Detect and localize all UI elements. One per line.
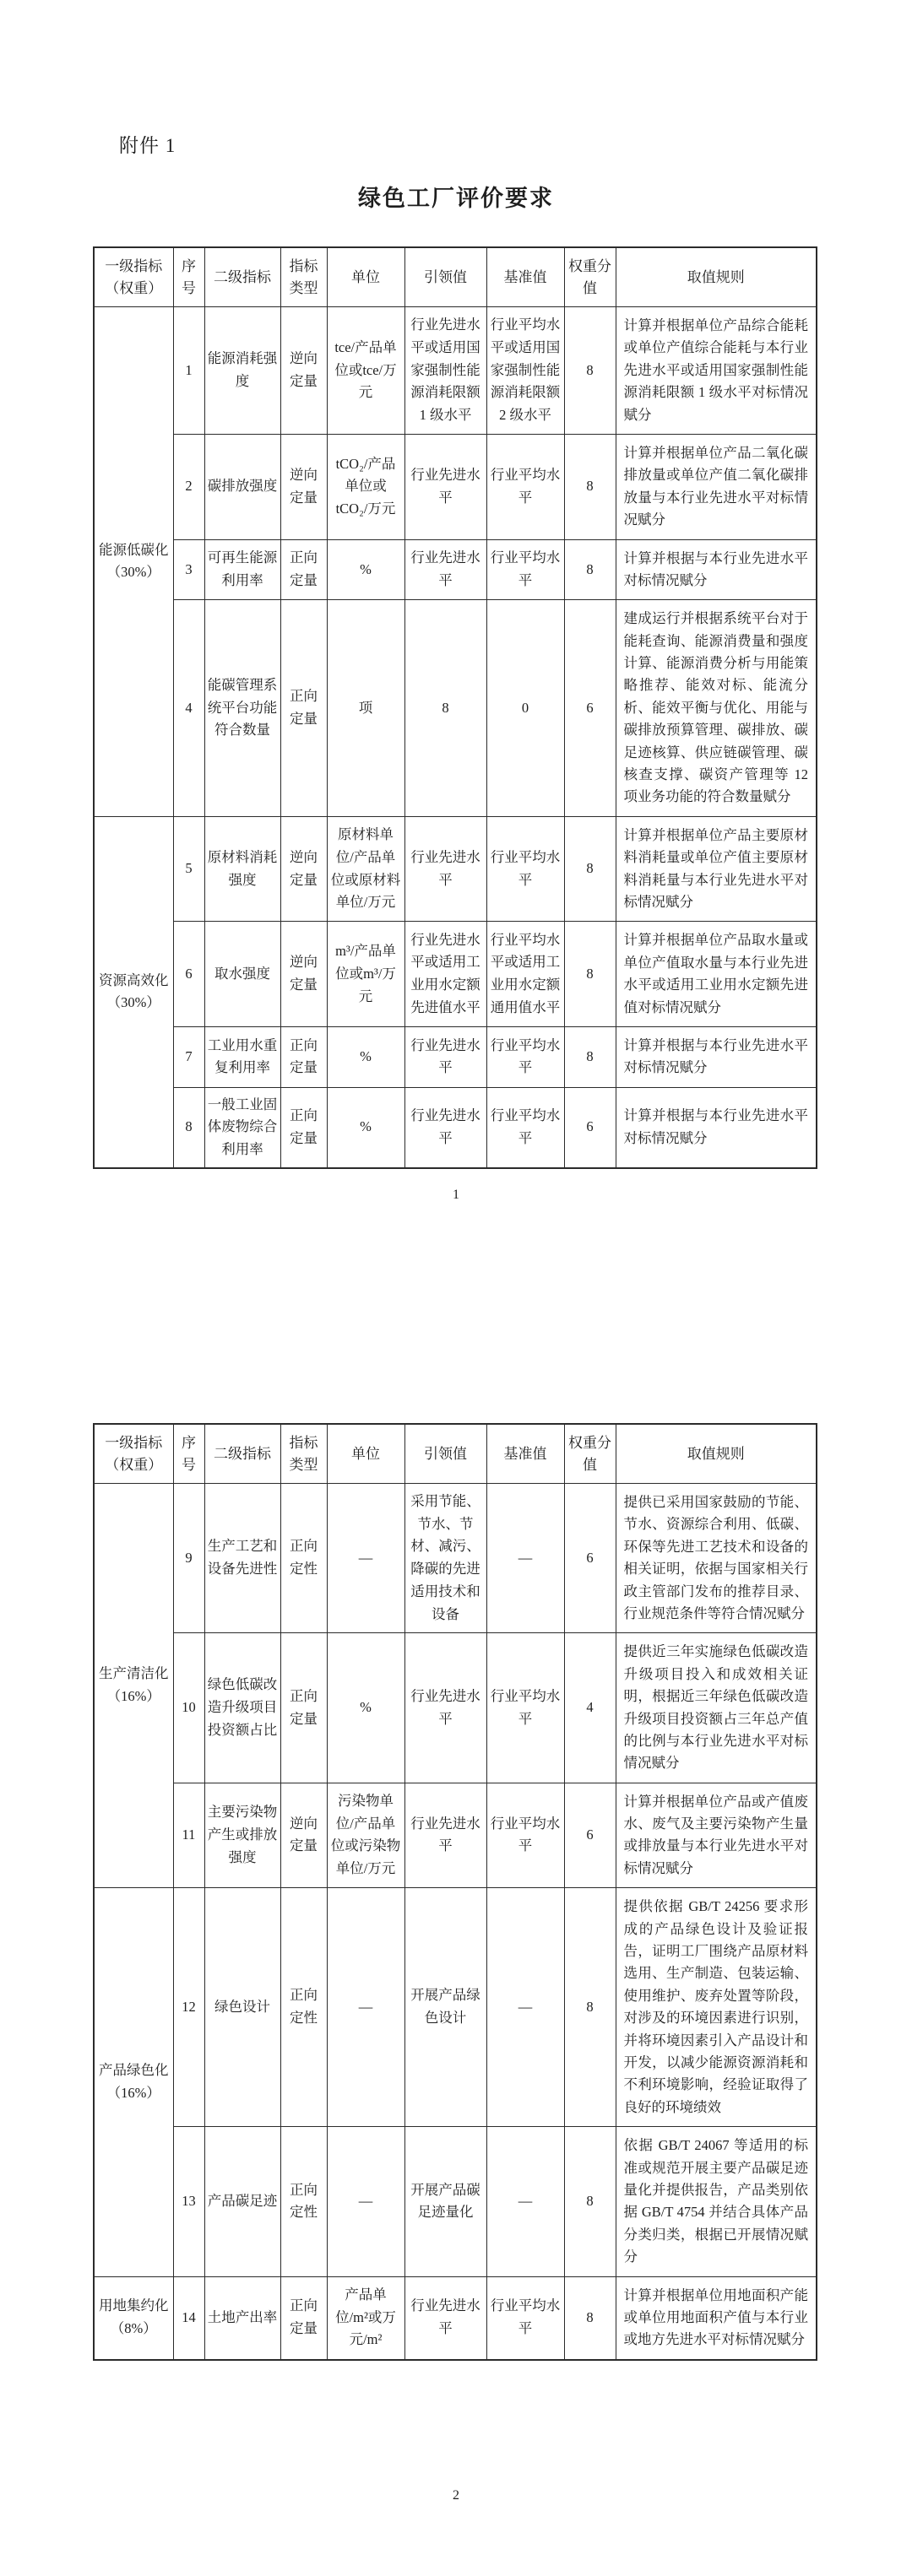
column-header: 权重分值	[564, 1424, 616, 1484]
indicator-type-cell: 正向定性	[280, 2127, 327, 2276]
primary-indicator-cell: 生产清洁化（16%）	[94, 1484, 173, 1888]
indicator-type-cell: 逆向定量	[280, 307, 327, 435]
table-row: 2碳排放强度逆向定量tCO₂/产品单位或tCO₂/万元行业先进水平行业平均水平8…	[94, 434, 817, 539]
baseline-value-cell: —	[486, 2127, 564, 2276]
leading-value-cell: 行业先进水平或适用工业用水定额先进值水平	[404, 922, 486, 1027]
leading-value-cell: 8	[404, 600, 486, 817]
row-number-cell: 9	[173, 1484, 204, 1633]
row-number-cell: 12	[173, 1888, 204, 2127]
baseline-value-cell: 行业平均水平或适用工业用水定额通用值水平	[486, 922, 564, 1027]
row-number-cell: 2	[173, 434, 204, 539]
leading-value-cell: 行业先进水平	[404, 539, 486, 600]
scoring-rule-cell: 计算并根据单位用地面积产能或单位用地面积产值与本行业或地方先进水平对标情况赋分	[616, 2276, 817, 2360]
evaluation-table-page-2-wrap: 一级指标（权重）序号二级指标指标类型单位引领值基准值权重分值取值规则生产清洁化（…	[93, 1423, 816, 2361]
indicator-type-cell: 正向定性	[280, 1888, 327, 2127]
baseline-value-cell: 行业平均水平	[486, 1633, 564, 1783]
scoring-rule-cell: 提供依据 GB/T 24256 要求形成的产品绿色设计及验证报告，证明工厂围绕产…	[616, 1888, 817, 2127]
column-header: 一级指标（权重）	[94, 247, 173, 307]
row-number-cell: 10	[173, 1633, 204, 1783]
weight-score-cell: 8	[564, 307, 616, 435]
row-number-cell: 11	[173, 1783, 204, 1888]
indicator-type-cell: 正向定量	[280, 1026, 327, 1087]
secondary-indicator-cell: 可再生能源利用率	[204, 539, 280, 600]
unit-cell: m³/产品单位或m³/万元	[327, 922, 404, 1027]
row-number-cell: 8	[173, 1087, 204, 1168]
weight-score-cell: 8	[564, 2127, 616, 2276]
evaluation-table-page-1: 一级指标（权重）序号二级指标指标类型单位引领值基准值权重分值取值规则能源低碳化（…	[93, 246, 817, 1169]
table-row: 7工业用水重复利用率正向定量%行业先进水平行业平均水平8计算并根据与本行业先进水…	[94, 1026, 817, 1087]
column-header: 引领值	[404, 1424, 486, 1484]
weight-score-cell: 6	[564, 1484, 616, 1633]
unit-cell: %	[327, 1633, 404, 1783]
leading-value-cell: 行业先进水平	[404, 1783, 486, 1888]
baseline-value-cell: 行业平均水平或适用国家强制性能源消耗限额 2 级水平	[486, 307, 564, 435]
column-header: 引领值	[404, 247, 486, 307]
scoring-rule-cell: 计算并根据与本行业先进水平对标情况赋分	[616, 1026, 817, 1087]
column-header: 单位	[327, 1424, 404, 1484]
primary-indicator-cell: 能源低碳化（30%）	[94, 307, 173, 817]
indicator-type-cell: 正向定量	[280, 2276, 327, 2360]
baseline-value-cell: 行业平均水平	[486, 816, 564, 922]
scoring-rule-cell: 计算并根据单位产品主要原材料消耗量或单位产值主要原材料消耗量与本行业先进水平对标…	[616, 816, 817, 922]
column-header: 序号	[173, 1424, 204, 1484]
secondary-indicator-cell: 一般工业固体废物综合利用率	[204, 1087, 280, 1168]
indicator-type-cell: 正向定性	[280, 1484, 327, 1633]
weight-score-cell: 8	[564, 434, 616, 539]
indicator-type-cell: 逆向定量	[280, 922, 327, 1027]
weight-score-cell: 8	[564, 922, 616, 1027]
scoring-rule-cell: 计算并根据与本行业先进水平对标情况赋分	[616, 1087, 817, 1168]
scoring-rule-cell: 提供近三年实施绿色低碳改造升级项目投入和成效相关证明，根据近三年绿色低碳改造升级…	[616, 1633, 817, 1783]
column-header: 序号	[173, 247, 204, 307]
leading-value-cell: 行业先进水平	[404, 1633, 486, 1783]
baseline-value-cell: 0	[486, 600, 564, 817]
weight-score-cell: 8	[564, 2276, 616, 2360]
unit-cell: %	[327, 539, 404, 600]
table-row: 8一般工业固体废物综合利用率正向定量%行业先进水平行业平均水平6计算并根据与本行…	[94, 1087, 817, 1168]
weight-score-cell: 8	[564, 539, 616, 600]
column-header: 二级指标	[204, 1424, 280, 1484]
row-number-cell: 14	[173, 2276, 204, 2360]
leading-value-cell: 开展产品碳足迹量化	[404, 2127, 486, 2276]
baseline-value-cell: 行业平均水平	[486, 2276, 564, 2360]
column-header: 取值规则	[616, 1424, 817, 1484]
row-number-cell: 4	[173, 600, 204, 817]
row-number-cell: 5	[173, 816, 204, 922]
column-header: 单位	[327, 247, 404, 307]
header-row: 一级指标（权重）序号二级指标指标类型单位引领值基准值权重分值取值规则	[94, 1424, 817, 1484]
page-title: 绿色工厂评价要求	[0, 180, 912, 213]
indicator-type-cell: 正向定量	[280, 539, 327, 600]
header-row: 一级指标（权重）序号二级指标指标类型单位引领值基准值权重分值取值规则	[94, 247, 817, 307]
unit-cell: 污染物单位/产品单位或污染物单位/万元	[327, 1783, 404, 1888]
leading-value-cell: 行业先进水平	[404, 816, 486, 922]
indicator-type-cell: 正向定量	[280, 1633, 327, 1783]
secondary-indicator-cell: 碳排放强度	[204, 434, 280, 539]
indicator-type-cell: 逆向定量	[280, 434, 327, 539]
row-number-cell: 3	[173, 539, 204, 600]
page-number-1: 1	[0, 1188, 912, 1203]
scoring-rule-cell: 计算并根据单位产品综合能耗或单位产值综合能耗与本行业先进水平或适用国家强制性能源…	[616, 307, 817, 435]
unit-cell: tce/产品单位或tce/万元	[327, 307, 404, 435]
secondary-indicator-cell: 能源消耗强度	[204, 307, 280, 435]
table-row: 资源高效化（30%）5原材料消耗强度逆向定量原材料单位/产品单位或原材料单位/万…	[94, 816, 817, 922]
row-number-cell: 7	[173, 1026, 204, 1087]
weight-score-cell: 6	[564, 1087, 616, 1168]
secondary-indicator-cell: 原材料消耗强度	[204, 816, 280, 922]
scoring-rule-cell: 依据 GB/T 24067 等适用的标准或规范开展主要产品碳足迹量化并提供报告，…	[616, 2127, 817, 2276]
primary-indicator-cell: 产品绿色化（16%）	[94, 1888, 173, 2276]
secondary-indicator-cell: 绿色设计	[204, 1888, 280, 2127]
unit-cell: 原材料单位/产品单位或原材料单位/万元	[327, 816, 404, 922]
indicator-type-cell: 正向定量	[280, 1087, 327, 1168]
secondary-indicator-cell: 能碳管理系统平台功能符合数量	[204, 600, 280, 817]
unit-cell: %	[327, 1026, 404, 1087]
weight-score-cell: 6	[564, 1783, 616, 1888]
evaluation-table-page-1-wrap: 一级指标（权重）序号二级指标指标类型单位引领值基准值权重分值取值规则能源低碳化（…	[93, 246, 816, 1169]
indicator-type-cell: 逆向定量	[280, 816, 327, 922]
table-row: 生产清洁化（16%）9生产工艺和设备先进性正向定性—采用节能、节水、节材、减污、…	[94, 1484, 817, 1633]
unit-cell: —	[327, 1484, 404, 1633]
weight-score-cell: 4	[564, 1633, 616, 1783]
column-header: 指标类型	[280, 247, 327, 307]
leading-value-cell: 行业先进水平或适用国家强制性能源消耗限额 1 级水平	[404, 307, 486, 435]
table-row: 10绿色低碳改造升级项目投资额占比正向定量%行业先进水平行业平均水平4提供近三年…	[94, 1633, 817, 1783]
weight-score-cell: 8	[564, 816, 616, 922]
baseline-value-cell: 行业平均水平	[486, 539, 564, 600]
indicator-type-cell: 逆向定量	[280, 1783, 327, 1888]
leading-value-cell: 行业先进水平	[404, 1087, 486, 1168]
row-number-cell: 13	[173, 2127, 204, 2276]
baseline-value-cell: —	[486, 1484, 564, 1633]
table-row: 产品绿色化（16%）12绿色设计正向定性—开展产品绿色设计—8提供依据 GB/T…	[94, 1888, 817, 2127]
table-row: 用地集约化（8%）14土地产出率正向定量产品单位/m²或万元/m²行业先进水平行…	[94, 2276, 817, 2360]
scoring-rule-cell: 提供已采用国家鼓励的节能、节水、资源综合利用、低碳、环保等先进工艺技术和设备的相…	[616, 1484, 817, 1633]
weight-score-cell: 8	[564, 1026, 616, 1087]
leading-value-cell: 采用节能、节水、节材、减污、降碳的先进适用技术和设备	[404, 1484, 486, 1633]
column-header: 权重分值	[564, 247, 616, 307]
secondary-indicator-cell: 土地产出率	[204, 2276, 280, 2360]
indicator-type-cell: 正向定量	[280, 600, 327, 817]
row-number-cell: 6	[173, 922, 204, 1027]
table-row: 能源低碳化（30%）1能源消耗强度逆向定量tce/产品单位或tce/万元行业先进…	[94, 307, 817, 435]
scoring-rule-cell: 计算并根据与本行业先进水平对标情况赋分	[616, 539, 817, 600]
leading-value-cell: 行业先进水平	[404, 1026, 486, 1087]
leading-value-cell: 行业先进水平	[404, 434, 486, 539]
scoring-rule-cell: 计算并根据单位产品二氧化碳排放量或单位产值二氧化碳排放量与本行业先进水平对标情况…	[616, 434, 817, 539]
baseline-value-cell: 行业平均水平	[486, 434, 564, 539]
document-page: 附件 1 绿色工厂评价要求 一级指标（权重）序号二级指标指标类型单位引领值基准值…	[0, 0, 912, 2576]
primary-indicator-cell: 资源高效化（30%）	[94, 816, 173, 1168]
unit-cell: 产品单位/m²或万元/m²	[327, 2276, 404, 2360]
row-number-cell: 1	[173, 307, 204, 435]
secondary-indicator-cell: 生产工艺和设备先进性	[204, 1484, 280, 1633]
leading-value-cell: 开展产品绿色设计	[404, 1888, 486, 2127]
page-number-2: 2	[0, 2488, 912, 2503]
scoring-rule-cell: 计算并根据单位产品或产值废水、废气及主要污染物产生量或排放量与本行业先进水平对标…	[616, 1783, 817, 1888]
table-row: 4能碳管理系统平台功能符合数量正向定量项806建成运行并根据系统平台对于能耗查询…	[94, 600, 817, 817]
weight-score-cell: 8	[564, 1888, 616, 2127]
unit-cell: —	[327, 2127, 404, 2276]
weight-score-cell: 6	[564, 600, 616, 817]
evaluation-table-page-2: 一级指标（权重）序号二级指标指标类型单位引领值基准值权重分值取值规则生产清洁化（…	[93, 1423, 817, 2361]
scoring-rule-cell: 建成运行并根据系统平台对于能耗查询、能源消费量和强度计算、能源消费分析与用能策略…	[616, 600, 817, 817]
column-header: 基准值	[486, 1424, 564, 1484]
column-header: 取值规则	[616, 247, 817, 307]
secondary-indicator-cell: 主要污染物产生或排放强度	[204, 1783, 280, 1888]
table-row: 6取水强度逆向定量m³/产品单位或m³/万元行业先进水平或适用工业用水定额先进值…	[94, 922, 817, 1027]
secondary-indicator-cell: 绿色低碳改造升级项目投资额占比	[204, 1633, 280, 1783]
column-header: 一级指标（权重）	[94, 1424, 173, 1484]
secondary-indicator-cell: 取水强度	[204, 922, 280, 1027]
unit-cell: tCO₂/产品单位或tCO₂/万元	[327, 434, 404, 539]
secondary-indicator-cell: 产品碳足迹	[204, 2127, 280, 2276]
column-header: 二级指标	[204, 247, 280, 307]
column-header: 基准值	[486, 247, 564, 307]
baseline-value-cell: 行业平均水平	[486, 1026, 564, 1087]
table-row: 11主要污染物产生或排放强度逆向定量污染物单位/产品单位或污染物单位/万元行业先…	[94, 1783, 817, 1888]
secondary-indicator-cell: 工业用水重复利用率	[204, 1026, 280, 1087]
table-row: 13产品碳足迹正向定性—开展产品碳足迹量化—8依据 GB/T 24067 等适用…	[94, 2127, 817, 2276]
unit-cell: —	[327, 1888, 404, 2127]
table-row: 3可再生能源利用率正向定量%行业先进水平行业平均水平8计算并根据与本行业先进水平…	[94, 539, 817, 600]
column-header: 指标类型	[280, 1424, 327, 1484]
unit-cell: 项	[327, 600, 404, 817]
leading-value-cell: 行业先进水平	[404, 2276, 486, 2360]
baseline-value-cell: 行业平均水平	[486, 1783, 564, 1888]
primary-indicator-cell: 用地集约化（8%）	[94, 2276, 173, 2360]
unit-cell: %	[327, 1087, 404, 1168]
attachment-label: 附件 1	[119, 130, 176, 158]
baseline-value-cell: 行业平均水平	[486, 1087, 564, 1168]
scoring-rule-cell: 计算并根据单位产品取水量或单位产值取水量与本行业先进水平或适用工业用水定额先进值…	[616, 922, 817, 1027]
baseline-value-cell: —	[486, 1888, 564, 2127]
